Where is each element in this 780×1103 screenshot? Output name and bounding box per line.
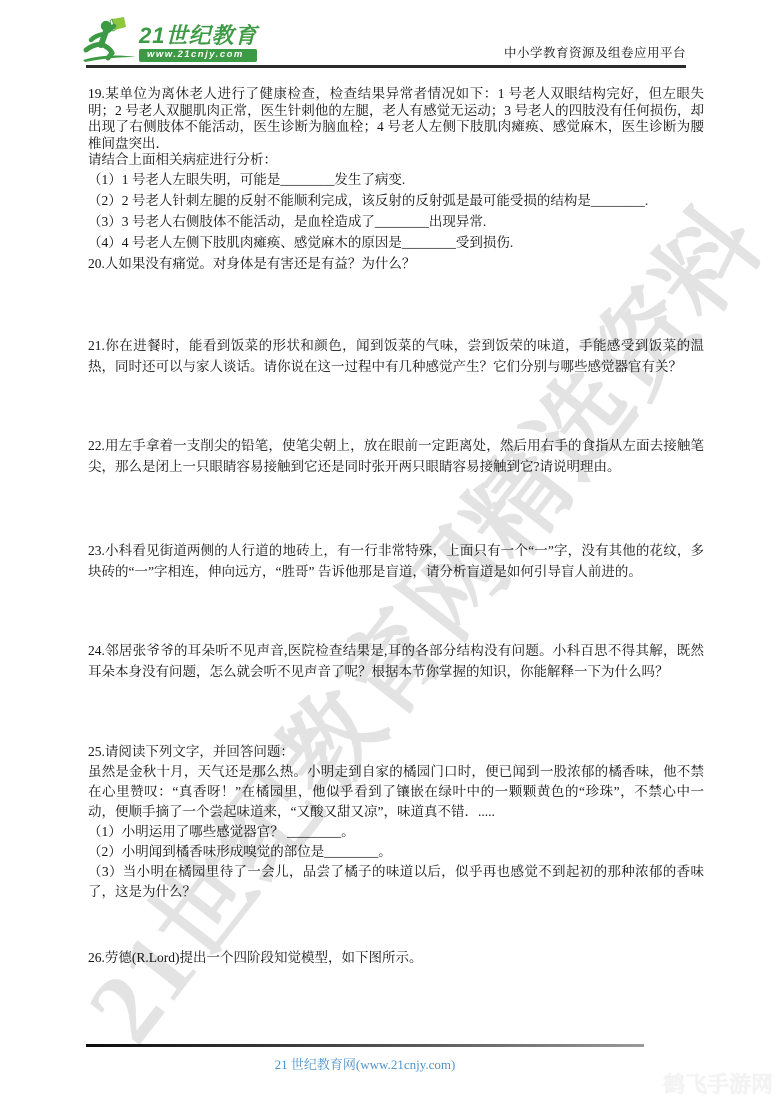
running-person-with-book-icon xyxy=(82,17,138,63)
question-25-title: 25.请阅读下列文字，并回答问题： xyxy=(88,742,704,762)
question-21: 21.你在进餐时，能看到饭菜的形状和颜色，闻到饭菜的气味，尝到饭荣的味道，手能感… xyxy=(88,335,704,377)
question-25-sub-2: （2）小明闻到橘香味形成嗅觉的部位是________。 xyxy=(88,842,704,862)
question-20: 20.人如果没有痛觉。对身体是有害还是有益？为什么？ xyxy=(88,253,704,274)
corner-watermark: 鹤飞手游网 xyxy=(663,1068,773,1099)
question-19: 19.某单位为离休老人进行了健康检查，检查结果异常者情况如下：1 号老人双眼结构… xyxy=(88,86,704,253)
page-footer: 21 世纪教育网(www.21cnjy.com) xyxy=(86,1044,644,1074)
question-19-sub-1: （1）1 号老人左眼失明，可能是________发生了病变. xyxy=(88,169,704,190)
footer-divider xyxy=(86,1044,644,1047)
question-23: 23.小科看见街道两侧的人行道的地砖上，有一行非常特殊，上面只有一个“一”字，没… xyxy=(88,540,704,582)
logo-brand-text: 21世纪教育 xyxy=(139,25,257,47)
question-19-prompt: 请结合上面相关病症进行分析： xyxy=(88,152,704,169)
questions-area: 19.某单位为离休老人进行了健康检查，检查结果异常者情况如下：1 号老人双眼结构… xyxy=(88,86,704,968)
question-24-text: 24.邻居张爷爷的耳朵听不见声音,医院检查结果是,耳的各部分结构没有问题。小科百… xyxy=(88,640,704,682)
question-21-text: 21.你在进餐时，能看到饭菜的形状和颜色，闻到饭菜的气味，尝到饭荣的味道，手能感… xyxy=(88,335,704,377)
footer-site-link[interactable]: 21 世纪教育网(www.21cnjy.com) xyxy=(275,1054,456,1073)
question-19-sub-3: （3）3 号老人右侧肢体不能活动，是血栓造成了________出现异常. xyxy=(88,211,704,232)
question-19-sub-4: （4）4 号老人左侧下肢肌肉瘫痪、感觉麻木的原因是________受到损伤. xyxy=(88,232,704,253)
platform-title: 中小学教育资源及组卷应用平台 xyxy=(504,43,686,61)
logo-text-block: 21世纪教育 www.21cnjy.com xyxy=(139,25,257,63)
question-25-sub-3: （3）当小明在橘园里待了一会儿，品尝了橘子的味道以后，似乎再也感觉不到起初的那种… xyxy=(88,862,704,902)
question-26: 26.劳德(R.Lord)提出一个四阶段知觉模型，如下图所示。 xyxy=(88,947,704,968)
question-22-text: 22.用左手拿着一支削尖的铅笔，使笔尖朝上，放在眼前一定距离处，然后用右手的食指… xyxy=(88,435,704,477)
question-24: 24.邻居张爷爷的耳朵听不见声音,医院检查结果是,耳的各部分结构没有问题。小科百… xyxy=(88,640,704,682)
site-logo: 21世纪教育 www.21cnjy.com xyxy=(82,17,257,63)
worksheet-page: 21世纪教育网精选资料 鹤飞手游网 xyxy=(0,0,780,1103)
logo-url-text: www.21cnjy.com xyxy=(139,49,257,62)
question-20-text: 20.人如果没有痛觉。对身体是有害还是有益？为什么？ xyxy=(88,253,704,274)
page-header: 21世纪教育 www.21cnjy.com 中小学教育资源及组卷应用平台 xyxy=(86,22,686,68)
question-25: 25.请阅读下列文字，并回答问题： 虽然是金秋十月，天气还是那么热。小明走到自家… xyxy=(88,742,704,902)
question-23-text: 23.小科看见街道两侧的人行道的地砖上，有一行非常特殊，上面只有一个“一”字，没… xyxy=(88,540,704,582)
question-25-passage: 虽然是金秋十月，天气还是那么热。小明走到自家的橘园门口时，便已闻到一股浓郁的橘香… xyxy=(88,762,704,822)
question-22: 22.用左手拿着一支削尖的铅笔，使笔尖朝上，放在眼前一定距离处，然后用右手的食指… xyxy=(88,435,704,477)
question-19-sub-2: （2）2 号老人针刺左腿的反射不能顺利完成，该反射的反射弧是最可能受损的结构是_… xyxy=(88,190,704,211)
question-26-text: 26.劳德(R.Lord)提出一个四阶段知觉模型，如下图所示。 xyxy=(88,947,704,968)
question-19-intro: 19.某单位为离休老人进行了健康检查，检查结果异常者情况如下：1 号老人双眼结构… xyxy=(88,86,704,152)
question-25-sub-1: （1）小明运用了哪些感觉器官？ ________。 xyxy=(88,822,704,842)
